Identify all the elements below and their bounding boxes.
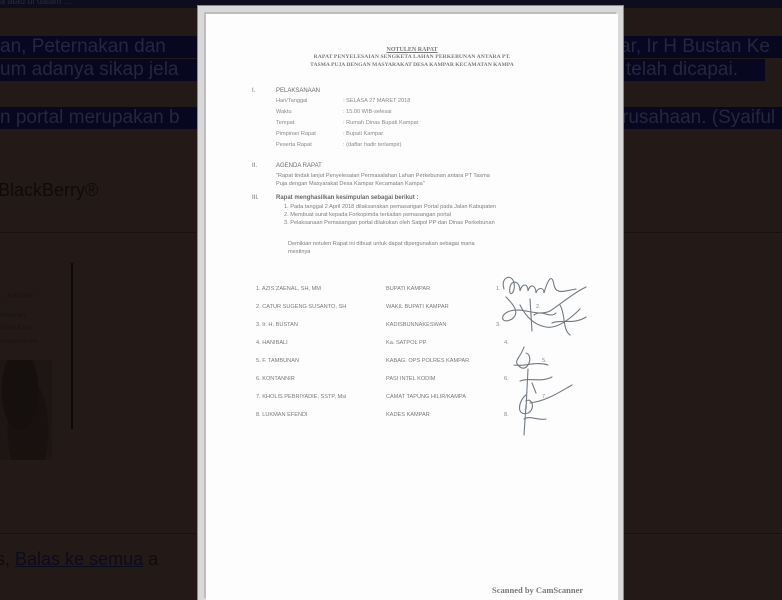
signatory-role: KADISBUNNAKESWAN [386,322,446,328]
agenda-text: "Rapat tindak lanjut Penyelesaian Permas… [276,172,596,188]
background-text: telah dicapai. [626,59,738,81]
signatory-name: 6. KONTANNIR [256,376,295,382]
field-value: : Bupati Kampar [343,131,383,137]
field-label: Tempat [276,120,294,126]
reply-suffix: a [148,549,158,569]
background-text: an, Peternakan dan [0,36,166,58]
background-text: ar, Ir H Bustan Ke [620,36,770,58]
agenda-line: "Rapat tindak lanjut Penyelesaian Permas… [276,172,596,180]
section-heading: Rapat menghasilkan kesimpulan sebagai be… [276,195,418,201]
reply-prefix: s, [0,549,10,569]
signatory-name: 7. KHOLIS PEBRIYADIE, SSTP, Msi [256,394,346,400]
signatory-role: CAMAT TAPUNG HILIR/KAMPA [386,394,466,400]
field-label: Waktu [276,109,292,115]
field-label: Hari/Tanggal [276,98,307,104]
field-label: Pimpinan Rapat [276,131,316,137]
reply-all-link[interactable]: Balas ke semua [15,549,143,569]
sidebar-text: Redaksi Kami [0,339,37,345]
closing-text: Demikian notulen Rapat ini dibuat untuk … [288,240,608,256]
signatory-role: KADES KAMPAR [386,412,430,418]
section-number: I. [252,88,255,94]
signatory-name: 2. CATUR SUGENG SUSANTO, SH [256,304,346,310]
signatory-name: 8. LUKMAN EFENDI [256,412,308,418]
reply-line: s, Balas ke semua a [0,549,158,570]
signatory-name: 3. Ir. H. BUSTAN [256,322,298,328]
section-heading: AGENDA RAPAT [276,163,322,169]
section-heading: PELAKSANAAN [276,88,320,94]
background-top-text: a atau di dalam ... [0,0,72,6]
background-text: n portal merupakan b [0,107,180,129]
document: NOTULEN RAPAT RAPAT PENYELESAIAN SENGKET… [206,14,618,600]
field-value: : 15.00 WIB-selesai [343,109,392,115]
conclusion-item: 2. Membuat surat kepada Forkopimda terka… [284,212,451,218]
document-subtitle: TASMA PUJA DENGAN MASYARAKAT DESA KAMPAR… [206,62,618,68]
signatory-name: 4. HANIBALI [256,340,288,346]
conclusion-item: 1. Pada tanggal 2 April 2018 dilaksanaka… [284,204,496,210]
field-value: : SELASA 27 MARET 2018 [343,98,410,104]
signatory-role: Ka. SATPOL PP [386,340,426,346]
field-label: Peserta Rapat [276,142,312,148]
background-text: rusahaan. (Syaiful [622,107,775,129]
document-subtitle: RAPAT PENYELESAIAN SENGKETA LAHAN PERKEB… [206,54,618,60]
conclusion-item: 3. Pelaksanaan Pemasangan portal dilakuk… [284,220,495,226]
section-number: II. [252,163,257,169]
scanned-document-image[interactable]: NOTULEN RAPAT RAPAT PENYELESAIAN SENGKET… [206,14,618,600]
signatory-name: 5. F. TAMBUNAN [256,358,299,364]
closing-line: Demikian notulen Rapat ini dibuat untuk … [288,240,608,248]
email-signature-text: BlackBerry® [0,180,98,201]
vertical-divider [71,263,73,429]
sidebar-text: … & Kiriman [0,293,34,299]
signatory-role: PASI INTEL KODIM [386,376,435,382]
portrait-image [0,360,52,460]
camscanner-watermark: Scanned by CamScanner [492,585,583,595]
signatory-name: 1. AZIS ZAENAL, SH, MM [256,286,321,292]
document-title: NOTULEN RAPAT [206,47,618,53]
signatory-role: KABAG. OPS POLRES KAMPAR [386,358,469,364]
background-text: um adanya sikap jela [0,59,179,81]
field-value: : (daftar hadir terlampir) [343,142,401,148]
sidebar-text: Pimpinan [0,313,25,319]
field-value: : Rumah Dinas Bupati Kampar [343,120,419,126]
section-number: III. [252,195,259,201]
agenda-line: Puja dengan Masyarakat Desa Kampar Kecam… [276,180,596,188]
sidebar-text: Rapat Kerja [0,325,32,331]
signatory-role: BUPATI KAMPAR [386,286,430,292]
signatory-role: WAKIL BUPATI KAMPAR [386,304,449,310]
handwritten-signatures [490,269,600,439]
closing-line: mestinya [288,248,608,256]
